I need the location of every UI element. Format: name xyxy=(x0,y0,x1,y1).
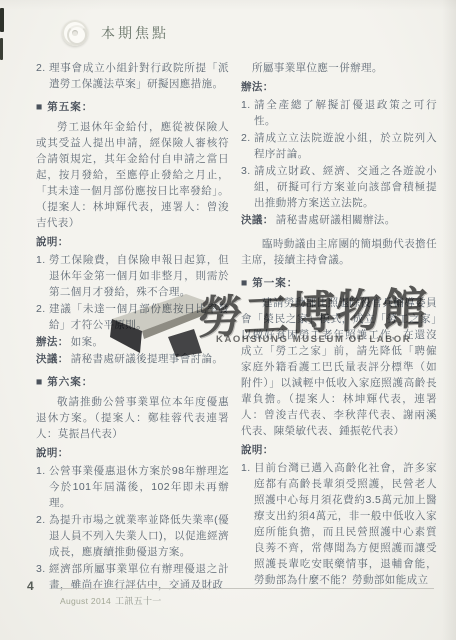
list-number: 3. xyxy=(241,163,254,211)
list-item: 1. 目前台灣已邁入高齡化社會，許多家庭都有高齡長輩須受照護，民營老人照護中心每… xyxy=(241,460,437,588)
list-text: 勞工保險費，自保險申報日起算，但退休年金第一個月如非整月，則需於第二個月才發給，… xyxy=(49,252,229,300)
swirl-logo-icon xyxy=(62,20,88,46)
term-label: 決議： xyxy=(36,351,69,367)
resolution-line: 決議： 請秘書處研議相關辦法。 xyxy=(241,212,437,228)
list-text: 目前台灣已邁入高齡化社會，許多家庭都有高齡長輩須受照護，民營老人照護中心每月須花… xyxy=(254,460,437,588)
list-text: 請成立財政、經濟、交通之各遊說小組，研擬可行方案並向該部會積極提出推動將方案送立… xyxy=(254,163,437,211)
list-item: 2. 建議「未達一個月部份應按日比率發給」才符公平原則。 xyxy=(36,301,229,333)
scan-edge-artifact xyxy=(0,8,4,32)
list-text: 理事會成立小組針對行政院所提「派遣勞工保護法草案」研擬因應措施。 xyxy=(49,60,229,92)
list-item: 1. 請全產總了解擬訂優退政策之可行性。 xyxy=(241,97,437,129)
list-number: 1. xyxy=(241,460,254,588)
list-item: 1. 公營事業優惠退休方案於98年辦理迄今於101年屆滿後，102年即未再辦理。 xyxy=(36,463,229,511)
list-item: 1. 勞工保險費，自保險申報日起算，但退休年金第一個月如非整月，則需於第二個月才… xyxy=(36,252,229,300)
list-number: 3. xyxy=(36,561,49,593)
list-number: 1. xyxy=(36,252,49,300)
section-title: 本期焦點 xyxy=(101,23,169,43)
term-label: 決議： xyxy=(241,212,274,228)
explanation-label: 說明： xyxy=(36,234,229,250)
list-number: 2. xyxy=(241,130,254,162)
list-number: 2. xyxy=(36,301,49,333)
list-text: 公營事業優惠退休方案於98年辦理迄今於101年屆滿後，102年即未再辦理。 xyxy=(49,463,229,511)
right-column: 所屬事業單位應一併辦理。 辦法： 1. 請全產總了解擬訂優退政策之可行性。 2.… xyxy=(241,60,437,589)
scanned-bulletin-page: 本期焦點 2. 理事會成立小組針對行政院所提「派遣勞工保護法草案」研擬因應措施。… xyxy=(0,0,456,640)
list-number: 1. xyxy=(36,463,49,511)
term-text: 請秘書處研議相關辦法。 xyxy=(276,212,437,228)
list-text: 請成立立法院遊說小組，於立院列入程序討論。 xyxy=(254,130,437,162)
scan-edge-artifact xyxy=(0,38,3,60)
paragraph: 臨時動議由主席團的簡塤動代表擔任主席，接續主持會議。 xyxy=(241,236,437,268)
term-text: 如案。 xyxy=(71,334,229,350)
list-text: 為提升市場之就業率並降低失業率(優退人員不列入失業人口)，以促進經濟成長，應賡續… xyxy=(49,512,229,560)
footer-rule xyxy=(58,588,434,589)
explanation-label: 說明： xyxy=(36,445,229,461)
list-item: 3. 請成立財政、經濟、交通之各遊說小組，研擬可行方案並向該部會積極提出推動將方… xyxy=(241,163,437,211)
case-heading: ■ 第一案： xyxy=(241,275,437,291)
list-item: 2. 為提升市場之就業率並降低失業率(優退人員不列入失業人口)，以促進經濟成長，… xyxy=(36,512,229,560)
paragraph: 敬請推動公營事業單位本年度優惠退休方案。（提案人：鄭桂蓉代表連署人：莫振昌代表） xyxy=(36,394,229,442)
term-text: 請秘書處研議後提理事會討論。 xyxy=(71,351,229,367)
paragraph: 勞工退休年金給付，應從被保險人或其受益人提出申請，經保險人審核符合請領規定，其年… xyxy=(36,119,229,231)
case-heading: ■ 第六案： xyxy=(36,374,229,390)
list-text: 建議「未達一個月部份應按日比率發給」才符公平原則。 xyxy=(49,301,229,333)
page-header: 本期焦點 xyxy=(62,20,169,46)
left-column: 2. 理事會成立小組針對行政院所提「派遣勞工保護法草案」研擬因應措施。 ■ 第五… xyxy=(36,60,229,594)
footer-issue: August 2014工訊五十一 xyxy=(60,594,162,607)
page-number: 4 xyxy=(27,579,34,593)
case-heading: ■ 第五案： xyxy=(36,99,229,115)
resolution-line: 決議： 請秘書處研議後提理事會討論。 xyxy=(36,351,229,367)
footer-issue-date: August 2014 xyxy=(60,596,111,606)
continuation-line: 所屬事業單位應一併辦理。 xyxy=(252,60,437,76)
list-text: 請全產總了解擬訂優退政策之可行性。 xyxy=(254,97,437,129)
explanation-label: 說明： xyxy=(241,442,437,458)
list-item: 2. 請成立立法院遊說小組，於立院列入程序討論。 xyxy=(241,130,437,162)
list-number: 2. xyxy=(36,60,49,92)
list-item: 2. 理事會成立小組針對行政院所提「派遣勞工保護法草案」研擬因應措施。 xyxy=(36,60,229,92)
footer-issue-name: 工訊五十一 xyxy=(115,596,162,606)
list-number: 2. xyxy=(36,512,49,560)
method-line: 辦法： 如案。 xyxy=(36,334,229,350)
paragraph: 建請勞動部比照退除役官兵輔導委員會「榮民之家」模式，成立「勞工之家」以做好貧困勞… xyxy=(241,295,437,439)
term-label: 辦法： xyxy=(36,334,69,350)
list-number: 1. xyxy=(241,97,254,129)
method-label: 辦法： xyxy=(241,79,437,95)
